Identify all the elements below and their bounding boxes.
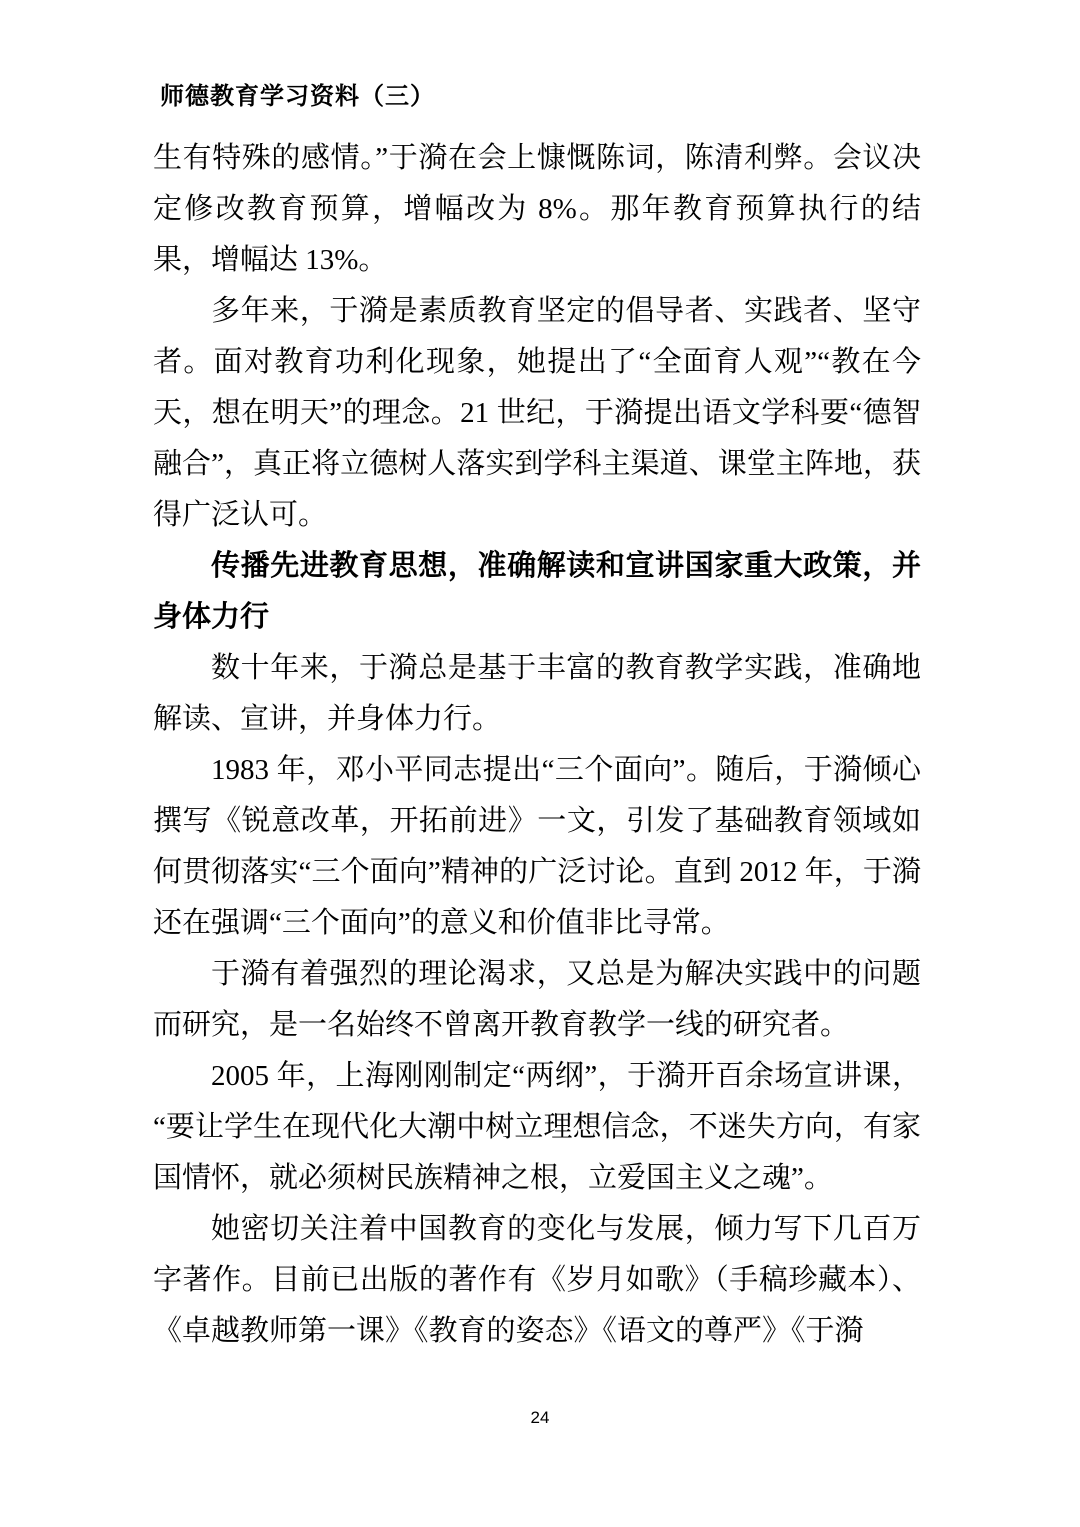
header-title: 师德教育学习资料（三） <box>160 84 435 110</box>
document-page: 师德教育学习资料（三） 生有特殊的感情。”于漪在会上慷慨陈词，陈清利弊。会议决定… <box>0 0 1080 1527</box>
paragraph: 2005 年，上海刚刚制定“两纲”，于漪开百余场宣讲课，“要让学生在现代化大潮中… <box>153 1051 921 1204</box>
paragraph: 数十年来，于漪总是基于丰富的教育教学实践，准确地解读、宣讲，并身体力行。 <box>153 643 921 745</box>
page-header: 师德教育学习资料（三） <box>160 76 435 111</box>
paragraph: 于漪有着强烈的理论渴求，又总是为解决实践中的问题而研究，是一名始终不曾离开教育教… <box>153 949 921 1051</box>
document-body: 生有特殊的感情。”于漪在会上慷慨陈词，陈清利弊。会议决定修改教育预算，增幅改为 … <box>153 133 921 1357</box>
paragraph-continuation: 生有特殊的感情。”于漪在会上慷慨陈词，陈清利弊。会议决定修改教育预算，增幅改为 … <box>153 133 921 286</box>
paragraph: 多年来，于漪是素质教育坚定的倡导者、实践者、坚守者。面对教育功利化现象，她提出了… <box>153 286 921 541</box>
page-footer: 24 <box>0 1408 1080 1428</box>
section-heading: 传播先进教育思想，准确解读和宣讲国家重大政策，并身体力行 <box>153 541 921 643</box>
page-number: 24 <box>531 1408 550 1427</box>
paragraph: 她密切关注着中国教育的变化与发展，倾力写下几百万字著作。目前已出版的著作有《岁月… <box>153 1204 921 1357</box>
paragraph: 1983 年，邓小平同志提出“三个面向”。随后，于漪倾心撰写《锐意改革，开拓前进… <box>153 745 921 949</box>
